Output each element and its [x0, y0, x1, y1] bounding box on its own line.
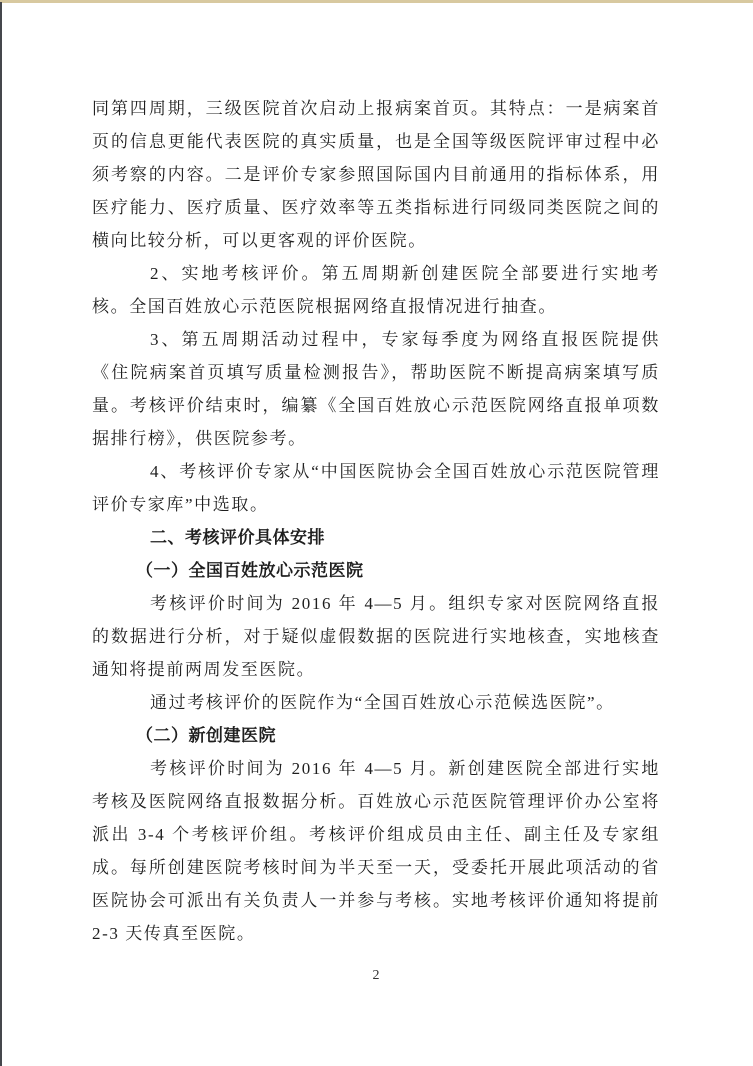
page-number: 2 — [92, 968, 660, 984]
paragraph: 考核评价时间为 2016 年 4—5 月。组织专家对医院网络直报的数据进行分析，… — [92, 587, 660, 686]
scan-top-edge-line — [0, 0, 753, 3]
paragraph: 同第四周期，三级医院首次启动上报病案首页。其特点：一是病案首页的信息更能代表医院… — [92, 92, 660, 257]
paragraph: 考核评价时间为 2016 年 4—5 月。新创建医院全部进行实地考核及医院网络直… — [92, 752, 660, 950]
paragraph: 2、实地考核评价。第五周期新创建医院全部要进行实地考核。全国百姓放心示范医院根据… — [92, 257, 660, 323]
paragraph: 3、第五周期活动过程中，专家每季度为网络直报医院提供《住院病案首页填写质量检测报… — [92, 323, 660, 455]
document-body: 同第四周期，三级医院首次启动上报病案首页。其特点：一是病案首页的信息更能代表医院… — [92, 92, 660, 950]
section-heading: （二）新创建医院 — [92, 719, 660, 752]
scan-left-edge-line — [0, 2, 2, 1066]
document-page: 同第四周期，三级医院首次启动上报病案首页。其特点：一是病案首页的信息更能代表医院… — [0, 0, 753, 1066]
paragraph: 4、考核评价专家从“中国医院协会全国百姓放心示范医院管理评价专家库”中选取。 — [92, 455, 660, 521]
section-heading: 二、考核评价具体安排 — [92, 521, 660, 554]
paragraph: 通过考核评价的医院作为“全国百姓放心示范候选医院”。 — [92, 686, 660, 719]
section-heading: （一）全国百姓放心示范医院 — [92, 554, 660, 587]
